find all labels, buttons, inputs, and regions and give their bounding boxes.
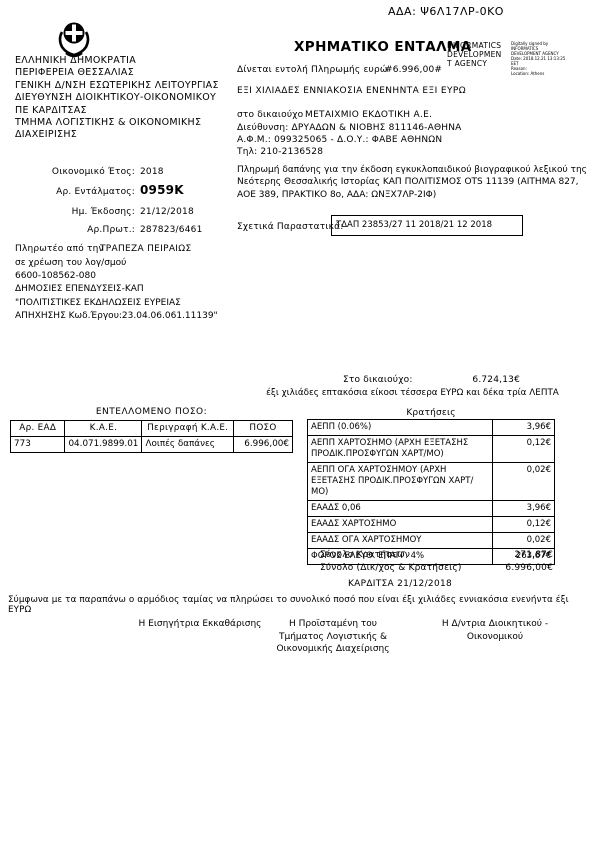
deduction-label: ΑΕΠΠ ΟΓΑ ΧΑΡΤΟΣΗΜΟΥ (ΑΡΧΗ ΕΞΕΤΑΣΗΣ ΠΡΟΔΙ… [308, 463, 493, 501]
related-docs-value: ΤΔΑΠ 23853/27 11 2018/21 12 2018 [336, 220, 492, 230]
total-label: Σύνολο Κρατήσεων [320, 549, 410, 561]
debit-account-block: σε χρέωση του λογ/σμού 6600-108562-080 Δ… [15, 257, 218, 323]
field-value: 0959Κ [140, 184, 184, 196]
cell-description: Λοιπές δαπάνες [142, 437, 234, 453]
table-header-row: Αρ. ΕΑΔ Κ.Α.Ε. Περιγραφή Κ.Α.Ε. ΠΟΣΟ [11, 421, 293, 437]
issuer-line: ΠΕ ΚΑΡΔΙΤΣΑΣ [15, 105, 219, 117]
related-docs-box: ΤΔΑΠ 23853/27 11 2018/21 12 2018 [331, 215, 523, 236]
total-amount: 6.996,00€ [505, 562, 553, 574]
ordered-amount-table: Αρ. ΕΑΔ Κ.Α.Ε. Περιγραφή Κ.Α.Ε. ΠΟΣΟ 773… [10, 420, 293, 453]
beneficiary-label: στο δικαιούχο [237, 109, 303, 121]
deduction-row: ΕΑΑΔΣ ΧΑΡΤΟΣΗΜΟ 0,12€ [308, 517, 555, 533]
issuer-line: ΤΜΗΜΑ ΛΟΓΙΣΤΙΚΗΣ & ΟΙΚΟΝΟΜΙΚΗΣ [15, 117, 219, 129]
payment-amount-words: ΕΞΙ ΧΙΛΙΑΔΕΣ ΕΝΝΙΑΚΟΣΙΑ ΕΝΕΝΗΝΤΑ ΕΞΙ ΕΥΡ… [237, 85, 466, 97]
debit-line: "ΠΟΛΙΤΙΣΤΙΚΕΣ ΕΚΔΗΛΩΣΕΙΣ ΕΥΡΕΙΑΣ [15, 297, 218, 310]
issuer-line: ΕΛΛΗΝΙΚΗ ΔΗΜΟΚΡΑΤΙΑ [15, 55, 219, 67]
cell-kae: 04.071.9899.01 [65, 437, 142, 453]
deductions-title: Κρατήσεις [307, 407, 555, 419]
deduction-row: ΑΕΠΠ ΟΓΑ ΧΑΡΤΟΣΗΜΟΥ (ΑΡΧΗ ΕΞΕΤΑΣΗΣ ΠΡΟΔΙ… [308, 463, 555, 501]
deduction-row: ΕΑΑΔΣ ΟΓΑ ΧΑΡΤΟΣΗΜΟΥ 0,02€ [308, 533, 555, 549]
col-header-amount: ΠΟΣΟ [234, 421, 293, 437]
issuer-line: ΠΕΡΙΦΕΡΕΙΑ ΘΕΣΣΑΛΙΑΣ [15, 67, 219, 79]
place-and-date: ΚΑΡΔΙΤΣΑ 21/12/2018 [300, 578, 500, 590]
debit-project-code: ΑΠΗΧΗΣΗΣ Κωδ.Έργου:23.04.06.061.11139" [15, 310, 218, 323]
net-amount-value: 6.724,13€ [430, 374, 520, 386]
field-label: Αρ. Εντάλματος: [15, 186, 135, 198]
deductions-table: ΑΕΠΠ (0.06%) 3,96€ ΑΕΠΠ ΧΑΡΤΟΣΗΜΟ (ΑΡΧΗ … [307, 419, 555, 565]
payable-by-label: Πληρωτέο από την [15, 243, 104, 255]
beneficiary-address: Διεύθυνση: ΔΡΥΑΔΩΝ & ΝΙΟΒΗΣ 811146-ΑΘΗΝΑ [237, 122, 462, 134]
closing-instruction: Σύμφωνα με τα παραπάνω ο αρμόδιος ταμίας… [8, 595, 590, 615]
cell-ead: 773 [11, 437, 65, 453]
debit-account-number: 6600-108562-080 [15, 270, 218, 283]
deduction-row: ΕΑΑΔΣ 0,06 3,96€ [308, 501, 555, 517]
cell-amount: 6.996,00€ [234, 437, 293, 453]
deduction-row: ΑΕΠΠ ΧΑΡΤΟΣΗΜΟ (ΑΡΧΗ ΕΞΕΤΑΣΗΣ ΠΡΟΔΙΚ.ΠΡΟ… [308, 436, 555, 463]
beneficiary-tax-info: Α.Φ.Μ.: 099325065 - Δ.Ο.Υ.: ΦΑΒΕ ΑΘΗΝΩΝ [237, 134, 442, 146]
deduction-label: ΑΕΠΠ (0.06%) [308, 420, 493, 436]
col-header-kae: Κ.Α.Ε. [65, 421, 142, 437]
deduction-label: ΑΕΠΠ ΧΑΡΤΟΣΗΜΟ (ΑΡΧΗ ΕΞΕΤΑΣΗΣ ΠΡΟΔΙΚ.ΠΡΟ… [308, 436, 493, 463]
net-amount-words: έξι χιλιάδες επτακόσια είκοσι τέσσερα ΕΥ… [230, 388, 595, 398]
deduction-amount: 0,02€ [493, 533, 555, 549]
table-row: 773 04.071.9899.01 Λοιπές δαπάνες 6.996,… [11, 437, 293, 453]
signature-director: Η Δ/ντρια Διοικητικού - Οικονομικού [420, 618, 570, 643]
beneficiary-phone: Τηλ: 210-2136528 [237, 146, 323, 158]
issuer-line: ΓΕΝΙΚΗ Δ/ΝΣΗ ΕΣΩΤΕΡΙΚΗΣ ΛΕΙΤΟΥΡΓΙΑΣ [15, 80, 219, 92]
deduction-amount: 3,96€ [493, 501, 555, 517]
signature-department-head: Η Προϊσταμένη του Τμήματος Λογιστικής & … [258, 618, 408, 656]
bank-name: ΤΡΑΠΕΖΑ ΠΕΙΡΑΙΩΣ [100, 243, 191, 255]
debit-line: σε χρέωση του λογ/σμού [15, 257, 218, 270]
field-value: 21/12/2018 [140, 206, 194, 218]
deduction-amount: 0,02€ [493, 463, 555, 501]
field-value: 287823/6461 [140, 224, 203, 236]
payment-amount-numeric: #6.996,00# [385, 64, 442, 76]
field-label: Ημ. Έκδοσης: [15, 206, 135, 218]
field-value: 2018 [140, 166, 164, 178]
deduction-label: ΕΑΑΔΣ ΧΑΡΤΟΣΗΜΟ [308, 517, 493, 533]
beneficiary-name: ΜΕΤΑΙΧΜΙΟ ΕΚΔΟΤΙΚΗ Α.Ε. [305, 109, 432, 121]
col-header-ead: Αρ. ΕΑΔ [11, 421, 65, 437]
field-label: Αρ.Πρωτ.: [15, 224, 135, 236]
payment-justification: Πληρωμή δαπάνης για την έκδοση εγκυκλοπα… [237, 164, 595, 201]
issuer-block: ΕΛΛΗΝΙΚΗ ΔΗΜΟΚΡΑΤΙΑ ΠΕΡΙΦΕΡΕΙΑ ΘΕΣΣΑΛΙΑΣ… [15, 55, 219, 142]
ada-code: ΑΔΑ: Ψ6Λ17ΛΡ-0ΚΟ [388, 5, 504, 18]
col-header-description: Περιγραφή Κ.Α.Ε. [142, 421, 234, 437]
related-docs-label: Σχετικά Παραστατικά: [237, 221, 343, 233]
payment-order-document: ΑΔΑ: Ψ6Λ17ΛΡ-0ΚΟ ΕΛΛΗΝΙΚΗ ΔΗΜΟΚΡΑΤΙΑ ΠΕΡ… [0, 0, 595, 842]
deduction-label: ΕΑΑΔΣ ΟΓΑ ΧΑΡΤΟΣΗΜΟΥ [308, 533, 493, 549]
document-title: ΧΡΗΜΑΤΙΚΟ ΕΝΤΑΛΜΑ [294, 39, 472, 55]
net-amount-label: Στο δικαιούχο: [343, 374, 413, 386]
deduction-label: ΕΑΑΔΣ 0,06 [308, 501, 493, 517]
debit-line: ΔΗΜΟΣΙΕΣ ΕΠΕΝΔΥΣΕΙΣ-ΚΑΠ [15, 283, 218, 296]
issuer-line: ΔΙΑΧΕΙΡΙΣΗΣ [15, 129, 219, 141]
signature-liquidation-officer: Η Εισηγήτρια Εκκαθάρισης [120, 618, 280, 631]
total-amount: 271,87€ [514, 549, 553, 561]
field-label: Οικονομικό Έτος: [15, 166, 135, 178]
deduction-amount: 0,12€ [493, 517, 555, 533]
deduction-amount: 0,12€ [493, 436, 555, 463]
deduction-amount: 3,96€ [493, 420, 555, 436]
deduction-row: ΑΕΠΠ (0.06%) 3,96€ [308, 420, 555, 436]
total-label: Σύνολο (Δικ/χος & Κρατήσεις) [320, 562, 462, 574]
issuer-line: ΔΙΕΥΘΥΝΣΗ ΔΙΟΙΚΗΤΙΚΟΥ-ΟΙΚΟΝΟΜΙΚΟΥ [15, 92, 219, 104]
amount-table-title: ΕΝΤΕΛΛΟΜΕΝΟ ΠΟΣΟ: [10, 406, 293, 418]
